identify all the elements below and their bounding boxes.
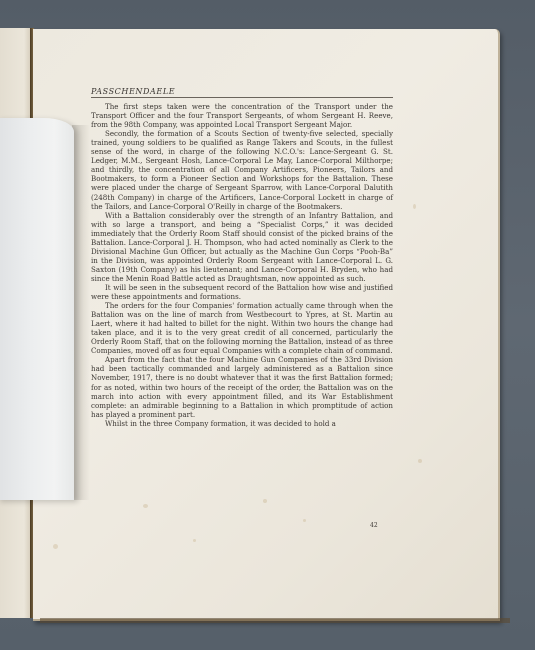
foxing-spot	[303, 519, 306, 522]
paragraph-first-battalion: Apart from the fact that the four Machin…	[91, 355, 393, 418]
curled-page-shadow	[72, 125, 90, 500]
page-bottom-edge	[40, 618, 510, 623]
running-head-title: PASSCHENDAELE	[91, 87, 175, 96]
running-head: PASSCHENDAELE	[91, 87, 393, 98]
foxing-spot	[413, 204, 416, 209]
paragraph-orderly-room: With a Battalion considerably over the s…	[91, 211, 393, 283]
paragraph-continued: Whilst in the three Company formation, i…	[91, 419, 393, 428]
paragraph-appointments: It will be seen in the subsequent record…	[91, 283, 393, 301]
foxing-spot	[418, 459, 422, 463]
paragraph-company-orders: The orders for the four Companies' forma…	[91, 301, 393, 355]
foxing-spot	[193, 539, 196, 542]
foxing-spot	[143, 504, 148, 508]
paragraph-transport: The first steps taken were the concentra…	[91, 102, 393, 129]
paragraph-scouts-section: Secondly, the formation of a Scouts Sect…	[91, 129, 393, 210]
page-text-column: PASSCHENDAELE The first steps taken were…	[91, 87, 393, 428]
page-number: 42	[370, 522, 378, 529]
photo-scene: PASSCHENDAELE The first steps taken were…	[0, 0, 535, 650]
foxing-spot	[263, 499, 267, 503]
foxing-spot	[53, 544, 58, 549]
curled-page	[0, 118, 74, 500]
